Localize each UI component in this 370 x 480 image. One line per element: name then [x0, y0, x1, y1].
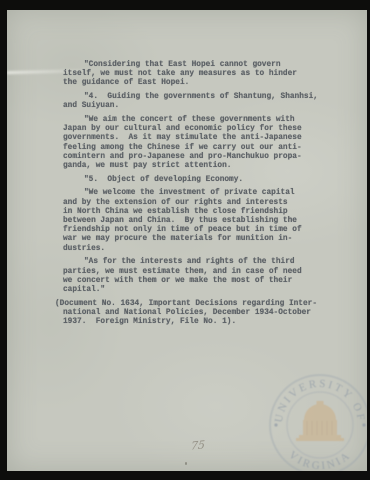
paragraph: "Considering that East Hopei cannot gove…: [63, 61, 319, 89]
rotunda-illustration: [296, 401, 344, 441]
paragraph: "4. Guiding the governments of Shantung,…: [63, 93, 319, 111]
paragraph: "5. Object of developing Economy.: [63, 176, 319, 185]
paragraph: "We welcome the investment of private ca…: [63, 189, 319, 253]
page-number-handwritten: 75: [191, 438, 206, 453]
paragraph: "We aim the concert of these governments…: [63, 116, 319, 171]
paragraph: "As for the interests and rights of the …: [63, 258, 319, 295]
citation: (Document No. 1634, Important Decisions …: [55, 300, 319, 328]
seal-arc-bottom-text: VIRGINIA: [286, 449, 353, 471]
seal-left-dot: [274, 423, 277, 426]
typewritten-text: "Considering that East Hopei cannot gove…: [63, 61, 319, 332]
seal-right-dot: [362, 423, 365, 426]
university-of-virginia-watermark: UNIVERSITY OF VIRGINIA: [260, 365, 367, 471]
paper-speck: [185, 462, 187, 465]
document-page: "Considering that East Hopei cannot gove…: [7, 10, 367, 471]
